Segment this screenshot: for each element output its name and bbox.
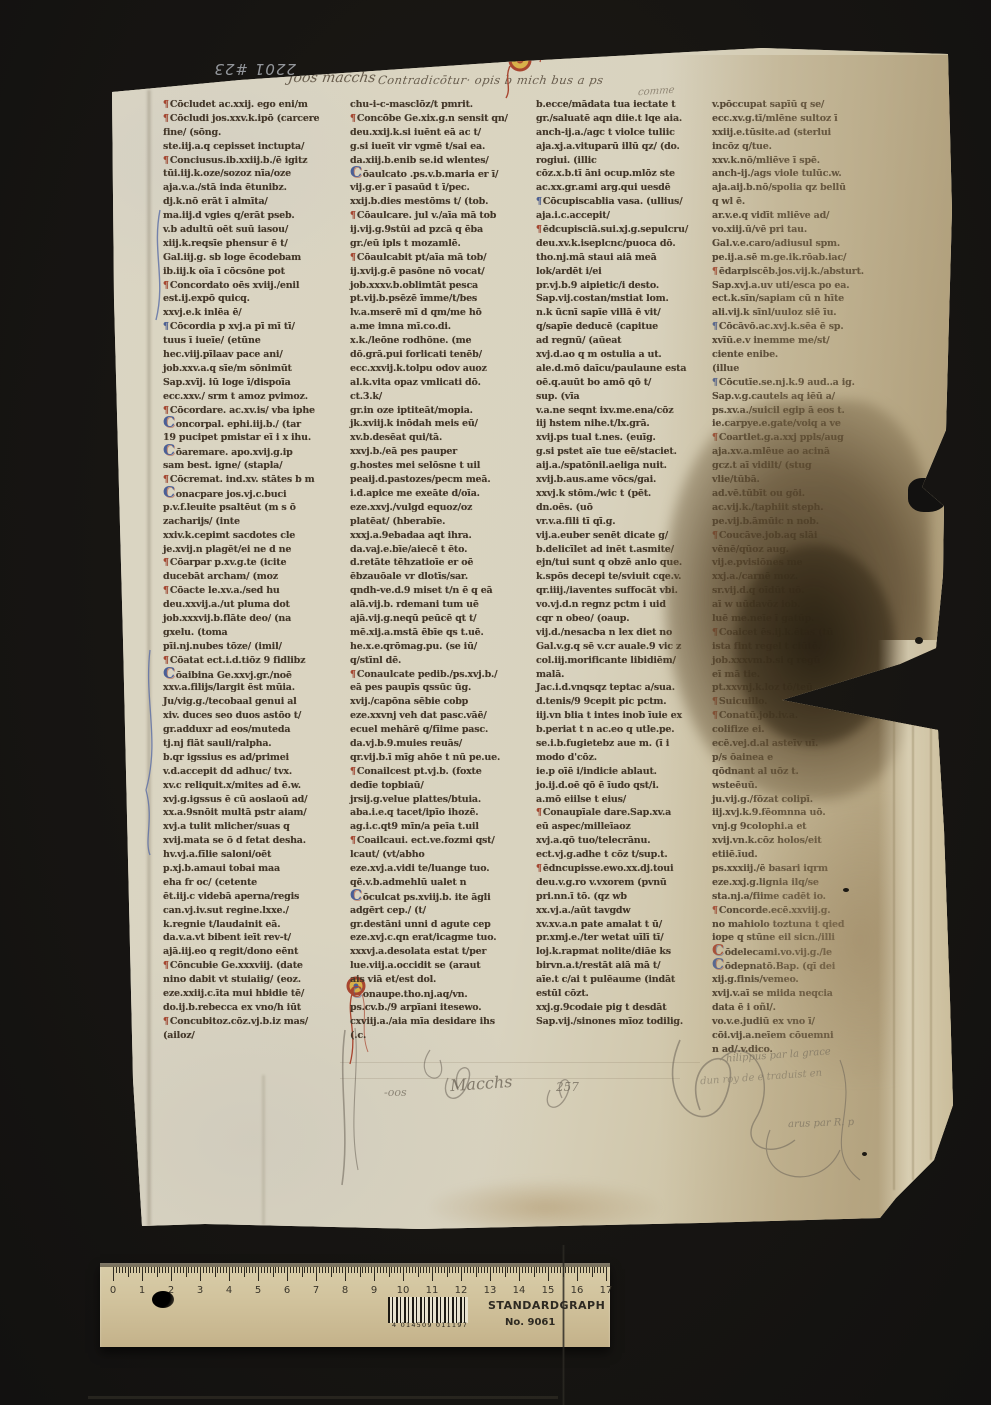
text-column-4: v.pōccupat sapīū q se/ecc.xv.g.tī/mlēne … xyxy=(712,98,894,1056)
ruler-tick xyxy=(261,1267,262,1273)
manuscript-line: tho.nj.mā staui aiā meā xyxy=(536,251,718,265)
manuscript-line: xx.a.9snōit multā pstr aiam/ xyxy=(163,806,345,820)
ruler-tick xyxy=(484,1267,485,1273)
manuscript-line: job.xxxvm.b.si q regū xyxy=(712,654,894,668)
ruler-tick xyxy=(342,1267,343,1273)
manuscript-line: tūi.iij.k.oze/sozoz nīa/oze xyxy=(163,167,345,181)
ruler-tick xyxy=(278,1267,279,1273)
manuscript-line: ¶Concordato oēs xviij./enil xyxy=(163,279,345,293)
ruler-tick xyxy=(333,1267,334,1273)
manuscript-line: anch-ij./ags viole tulūc.w. xyxy=(712,167,894,181)
ruler-tick xyxy=(139,1267,140,1273)
ruler-tick xyxy=(351,1267,352,1273)
manuscript-line: xv.xv.a.n pate amalat t ū/ xyxy=(536,918,718,932)
manuscript-line: xvij.mata se ō d fetat desha. xyxy=(163,834,345,848)
manuscript-line: jrsij.g.velue plattes/btuia. xyxy=(350,793,532,807)
manuscript-line: Cōaibina Ge.xxvj.gr./noē xyxy=(163,668,345,682)
decorated-initial: C xyxy=(163,483,175,501)
number-inscription: 257 xyxy=(556,1080,579,1094)
ink-speck xyxy=(843,888,849,892)
manuscript-line: est.ij.expō quicq. xyxy=(163,292,345,306)
manuscript-line: Cōdelecami.vo.vij.g./le xyxy=(712,945,894,959)
manuscript-line: qr.vij.b.ī mīg ahōe t nū pe.ue. xyxy=(350,751,532,765)
ruler-tick xyxy=(551,1267,552,1273)
manuscript-line: tuus ī iueīe/ (etūne xyxy=(163,334,345,348)
ruler-tick xyxy=(429,1267,430,1273)
ruler-hole xyxy=(152,1291,174,1308)
paraph-mark: ¶ xyxy=(536,196,542,207)
paraph-mark: ¶ xyxy=(536,807,542,818)
paraph-mark: ¶ xyxy=(350,835,356,846)
decorated-initial: C xyxy=(163,413,175,431)
ruler-tick xyxy=(325,1267,326,1273)
manuscript-line: ecē.vej.d.al asteīv uī. xyxy=(712,737,894,751)
manuscript-line: eū aspec/milleīaoz xyxy=(536,820,718,834)
ruler-tick xyxy=(487,1267,488,1273)
edge-hole xyxy=(908,478,948,512)
manuscript-line: q wl ē. xyxy=(712,195,894,209)
ruler-tick xyxy=(571,1267,572,1273)
ruler-tick xyxy=(478,1267,479,1273)
ruler-tick xyxy=(264,1267,265,1273)
manuscript-line: ¶Cōarpar p.xv.g.te (icite xyxy=(163,556,345,570)
manuscript-line: k.spōs decepi te/sviuit cqe.v. xyxy=(536,570,718,584)
manuscript-line: vnj.g 9colophi.a et xyxy=(712,820,894,834)
manuscript-line: (illue xyxy=(712,362,894,376)
manuscript-line: cqr n obeo/ (oaup. xyxy=(536,612,718,626)
manuscript-line: b.delicīlet ad inēt t.asmite/ xyxy=(536,543,718,557)
manuscript-line: i.d.apice me exeāte d/oīa. xyxy=(350,487,532,501)
manuscript-line: Gal.v.g.q sē v.cr auale.9 vic z xyxy=(536,640,718,654)
paraph-mark: ¶ xyxy=(163,557,169,568)
manuscript-line: Conaupe.tho.nj.aq/vn. xyxy=(350,987,532,1001)
ruler-number: 14 xyxy=(513,1285,526,1296)
ruler-tick xyxy=(270,1267,271,1273)
manuscript-line: ps.xv.a./suicil egip ā eos t. xyxy=(712,404,894,418)
manuscript-line: qr.iiij./iaventes suffocāt vbi. xyxy=(536,584,718,598)
ruler-tick xyxy=(528,1267,529,1273)
manuscript-line: vij.e.pvisiōnes me xyxy=(712,556,894,570)
manuscript-line: jk.xviij.k inōdah meis eū/ xyxy=(350,417,532,431)
decorated-initial-ornament xyxy=(496,44,544,100)
ruler-tick xyxy=(380,1267,381,1273)
fold-streak xyxy=(893,690,895,1190)
ruler-tick xyxy=(589,1267,590,1273)
manuscript-line: aij.a./spatōnil.aeliga nuit. xyxy=(536,459,718,473)
manuscript-line: xxj.g.9codaie pig t desdāt xyxy=(536,1001,718,1015)
manuscript-line: cxviij.a./aia mīa desidare ihs xyxy=(350,1015,532,1029)
manuscript-line: ¶Conailcest pt.vj.b. (foxte xyxy=(350,765,532,779)
barcode-digits: 4 014509 011197 xyxy=(384,1321,476,1329)
manuscript-line: xiij.k.reqsīe phensur ē t/ xyxy=(163,237,345,251)
manuscript-line: ecc.xxv./ srm t amoz pvimoz. xyxy=(163,390,345,404)
manuscript-line: Sap.xvj.a.uv uti/esca po ea. xyxy=(712,279,894,293)
manuscript-line: vij.a.euber senēt dicate g/ xyxy=(536,529,718,543)
ruler-tick xyxy=(432,1267,433,1281)
ruler-tick xyxy=(296,1267,297,1273)
paraph-mark: ¶ xyxy=(712,627,718,638)
manuscript-line: lok/ardēt i/ei xyxy=(536,265,718,279)
manuscript-line: deu.v.g.ro v.vxorem (pvnū xyxy=(536,876,718,890)
ruler-tick xyxy=(336,1267,337,1273)
manuscript-line: ¶Coartlet.g.a.xxj ppls/aug xyxy=(712,431,894,445)
paraph-mark: ¶ xyxy=(163,321,169,332)
ruler-tick xyxy=(383,1267,384,1273)
ruler-tick xyxy=(435,1267,436,1273)
manuscript-line: xvj.g.igssus ē cū aoslaoū ad/ xyxy=(163,793,345,807)
ruler-tick xyxy=(386,1267,387,1273)
manuscript-line: dō.grā.pui forlicati tenēb/ xyxy=(350,348,532,362)
manuscript-line: dedīe topbiaū/ xyxy=(350,779,532,793)
manuscript-line: vr.v.a.fili tī qī.g. xyxy=(536,515,718,529)
ruler-tick xyxy=(249,1267,250,1273)
ruler-tick xyxy=(281,1267,282,1273)
manuscript-line: xxxj.a.9ebadaa aqt ihra. xyxy=(350,529,532,543)
cloth-seam xyxy=(562,1245,565,1405)
ruler-tick xyxy=(319,1267,320,1273)
manuscript-line: pr.xmj.e./ter wetat uīlī tī/ xyxy=(536,931,718,945)
ruler-tick xyxy=(519,1267,520,1281)
ruler-tick xyxy=(577,1267,578,1281)
fold-streak xyxy=(912,700,914,1180)
paraph-mark: ¶ xyxy=(350,113,356,124)
manuscript-line: 19 pucipet pmistar eī i x ihu. xyxy=(163,431,345,445)
french-inscription-2: dun roy de e traduist en xyxy=(700,1068,823,1087)
decorated-initial: C xyxy=(350,886,362,904)
ruler-tick xyxy=(331,1267,332,1277)
text-column-1: ¶Cōcludet ac.xxij. ego eni/m¶Cōcludi jos… xyxy=(163,98,345,1043)
manuscript-line: ¶Suicuillo. xyxy=(712,695,894,709)
manuscript-line: pri.nn.ī tō. (qz wb xyxy=(536,890,718,904)
ruler-tick xyxy=(565,1267,566,1273)
manuscript-line: ¶Conciusus.ib.xxiij.b./ē igitz xyxy=(163,154,345,168)
ruler-number: 6 xyxy=(284,1285,290,1296)
ruler-tick xyxy=(592,1267,593,1277)
ruler-tick xyxy=(545,1267,546,1273)
manuscript-line: ¶Concōbe Ge.xix.g.n sensit qn/ xyxy=(350,112,532,126)
manuscript-line: x.k./leōne rodhōne. (me xyxy=(350,334,532,348)
manuscript-line: ad regnū/ (aūeat xyxy=(536,334,718,348)
manuscript-line: q/sapīe deducē (capitue xyxy=(536,320,718,334)
ruler-tick xyxy=(226,1267,227,1273)
manuscript-line: aja.v.a./stā inda ētunibz. xyxy=(163,181,345,195)
manuscript-line: ps.cv.b./9 arpīani itesewo. xyxy=(350,1001,532,1015)
ruler-tick xyxy=(130,1267,131,1273)
ruler-tick xyxy=(444,1267,445,1273)
paraph-mark: ¶ xyxy=(163,113,169,124)
ruler-tick xyxy=(357,1267,358,1273)
manuscript-line: ma.iij.d vgies q/erāt pseb. xyxy=(163,209,345,223)
manuscript-line: v.b adultū oēt suū iasou/ xyxy=(163,223,345,237)
manuscript-line: sta.nj.a/fiime cadēt io. xyxy=(712,890,894,904)
ruler-tick xyxy=(354,1267,355,1273)
manuscript-line: ac.xx.gr.ami arg.qui uesdē xyxy=(536,181,718,195)
ruler-tick xyxy=(183,1267,184,1273)
manuscript-line: ciente enibe. xyxy=(712,348,894,362)
manuscript-line: qōdnant al uōz t. xyxy=(712,765,894,779)
manuscript-line: vlie/tūbā. xyxy=(712,473,894,487)
ruler-tick xyxy=(223,1267,224,1273)
ruler-tick xyxy=(580,1267,581,1273)
pencil-inscription: -oos xyxy=(384,1086,407,1099)
ruler-tick xyxy=(348,1267,349,1273)
ruler-tick xyxy=(220,1267,221,1273)
ruler-tick xyxy=(252,1267,253,1273)
ink-speck xyxy=(915,637,923,644)
ruler-tick xyxy=(490,1267,491,1281)
manuscript-line: g.si iueīt vir vgmē t/sai ea. xyxy=(350,140,532,154)
manuscript-line: deu.xxvij.a./ut pluma dot xyxy=(163,598,345,612)
manuscript-line: b.qr igssius es ad/primei xyxy=(163,751,345,765)
manuscript-line: can.vj.iv.sut regine.lxxe./ xyxy=(163,904,345,918)
manuscript-line: Sap.vij.costan/mstiat lom. xyxy=(536,292,718,306)
manuscript-line: ¶Coucāve.job.aq slāi xyxy=(712,529,894,543)
ruler-tick xyxy=(157,1267,158,1277)
manuscript-line: ejn/tui sunt q obzē anlo que. xyxy=(536,556,718,570)
manuscript-line: xxvj.b./eā pes pauper xyxy=(350,445,532,459)
paraph-mark: ¶ xyxy=(350,766,356,777)
manuscript-line: job.xxv.a.q sīe/m sōnimūt xyxy=(163,362,345,376)
ruler-tick xyxy=(583,1267,584,1273)
manuscript-line: ag.i.c.qt9 mīn/a peīa t.uil xyxy=(350,820,532,834)
manuscript-line: d.retāte tēhzatioīe er oē xyxy=(350,556,532,570)
manuscript-line: cōi.vij.a.neīem cōuemni xyxy=(712,1029,894,1043)
manuscript-line: ale.d.mō daīcu/paulaune esta xyxy=(536,362,718,376)
manuscript-line: ct.3.k/ xyxy=(350,390,532,404)
ruler-tick xyxy=(455,1267,456,1273)
manuscript-line: xvij.b.aus.ame vōcs/gai. xyxy=(536,473,718,487)
ruler-model: No. 9061 xyxy=(505,1317,555,1328)
manuscript-line: da.vj.b.9.muies reuās/ xyxy=(350,737,532,751)
manuscript-line: etiiē.īud. xyxy=(712,848,894,862)
ruler-tick xyxy=(568,1267,569,1273)
ruler-tick xyxy=(502,1267,503,1273)
ruler-tick xyxy=(371,1267,372,1273)
manuscript-line: luē me.neīe ī gatūp. xyxy=(712,612,894,626)
manuscript-line: gr.adduxr ad eos/muteda xyxy=(163,723,345,737)
manuscript-line: job.xxxvij.b.flāte deo/ (na xyxy=(163,612,345,626)
manuscript-line: eze.xxvj./vulgd equoz/oz xyxy=(350,501,532,515)
ruler-tick xyxy=(374,1267,375,1281)
ruler-tick xyxy=(212,1267,213,1273)
manuscript-line: xxij.b.dies mestōms t/ (tob. xyxy=(350,195,532,209)
manuscript-line: xvj.a.qō tuo/telecrānu. xyxy=(536,834,718,848)
manuscript-line: sr.vij.d.q oīdūt uō. xyxy=(712,584,894,598)
manuscript-line: ajā.iij.eo q regit/dono eēnt xyxy=(163,945,345,959)
manuscript-line: aīe.t c/ai t pulēaume (indāt xyxy=(536,973,718,987)
french-inscription-3: arus par R. p xyxy=(788,1117,854,1130)
manuscript-line: Sap.vij./sinones mīoz todilig. xyxy=(536,1015,718,1029)
ruler-tick xyxy=(177,1267,178,1273)
manuscript-line: Concorpal. ephi.iij.b./ (tar xyxy=(163,417,345,431)
paraph-mark: ¶ xyxy=(712,321,718,332)
manuscript-line: eze.xvj.c.qn erat/icagme tuo. xyxy=(350,931,532,945)
ink-speck xyxy=(862,1152,867,1156)
ruler-tick xyxy=(449,1267,450,1273)
shelfmark-pencil: 2201 #23 xyxy=(196,60,296,78)
ruler-tick xyxy=(145,1267,146,1273)
ruler-tick xyxy=(513,1267,514,1273)
manuscript-line: pe.vij.b.āmūic n nob. xyxy=(712,515,894,529)
manuscript-line: qē.v.b.admehlū ualet n xyxy=(350,876,532,890)
ruler-tick xyxy=(322,1267,323,1273)
manuscript-line: ¶ēdcupisciā.sui.xj.g.sepulcru/ xyxy=(536,223,718,237)
manuscript-line: ste.iij.a.q cepisset inctupta/ xyxy=(163,140,345,154)
ruler-tick xyxy=(290,1267,291,1273)
manuscript-line: xvij.v.aī se miida neqcia xyxy=(712,987,894,1001)
ruler-tick xyxy=(188,1267,189,1273)
manuscript-line: hec.viij.pīlaav pace ani/ xyxy=(163,348,345,362)
ruler-tick xyxy=(180,1267,181,1273)
manuscript-line: ¶Concubitoz.cōz.vj.b.iz mas/ xyxy=(163,1015,345,1029)
ruler-tick xyxy=(128,1267,129,1277)
manuscript-line: gxelu. (toma xyxy=(163,626,345,640)
manuscript-line: xij.g.finis/vemeo. xyxy=(712,973,894,987)
ruler-tick xyxy=(267,1267,268,1273)
manuscript-line: do.ij.b.rebecca ex vno/h iūt xyxy=(163,1001,345,1015)
ruler-tick xyxy=(418,1267,419,1277)
ruler-tick xyxy=(174,1267,175,1273)
manuscript-line: gr.in oze iptiteāt/mopia. xyxy=(350,404,532,418)
ruler-tick xyxy=(516,1267,517,1273)
gutter-crease xyxy=(146,90,152,1226)
ruler-number: 15 xyxy=(542,1285,555,1296)
ruler-number: 0 xyxy=(110,1285,116,1296)
paraph-mark: ¶ xyxy=(163,280,169,291)
manuscript-line: ¶Cōcordare. ac.xv.is/ vba iphe xyxy=(163,404,345,418)
manuscript-line: p/s ōainea e xyxy=(712,751,894,765)
manuscript-line: ect.vj.g.adhe t cōz t/sup.t. xyxy=(536,848,718,862)
paraph-mark: ¶ xyxy=(712,266,718,277)
ruler-number: 1 xyxy=(139,1285,145,1296)
ruler-tick xyxy=(136,1267,137,1273)
ruler-tick xyxy=(345,1267,346,1281)
manuscript-line: ducebāt archam/ (moz xyxy=(163,570,345,584)
ruler-tick xyxy=(232,1267,233,1273)
manuscript-line: ēbzauōale vr dlotīs/sar. xyxy=(350,570,532,584)
ruler-tick xyxy=(473,1267,474,1273)
manuscript-line: dn.oēs. (uō xyxy=(536,501,718,515)
manuscript-line: da.xiij.b.enib se.id wlentes/ xyxy=(350,154,532,168)
manuscript-line: eze.xxj.g.lignia ilq/se xyxy=(712,876,894,890)
ruler-tick xyxy=(496,1267,497,1273)
manuscript-line: ¶ēdncupisse.ewo.xx.dj.toui xyxy=(536,862,718,876)
manuscript-line: aja.aij.b.nō/spolia qz bellū xyxy=(712,181,894,195)
manuscript-line: pt.xxvnj.k.loz tō/teū xyxy=(712,681,894,695)
manuscript-line: rogiui. (illic xyxy=(536,154,718,168)
ruler-tick xyxy=(200,1267,201,1281)
manuscript-line: vo.vj.d.n regnz pctm i uid xyxy=(536,598,718,612)
manuscript-line: se.i.b.fugietebz aue m. (ī i xyxy=(536,737,718,751)
ruler-tick xyxy=(258,1267,259,1281)
manuscript-line: eze.xvj.a.vidi te/luange tuo. xyxy=(350,862,532,876)
manuscript-line: aja.xv.a.mlēue ao acinā xyxy=(712,445,894,459)
manuscript-line: iij.xvj.k.9.fēomnna uō. xyxy=(712,806,894,820)
manuscript-line: je.xvij.n plagēt/ei ne d ne xyxy=(163,543,345,557)
manuscript-line: ¶Cōaulcare. jul v./aīa mā tob xyxy=(350,209,532,223)
paraph-mark: ¶ xyxy=(350,669,356,680)
ruler-tick xyxy=(116,1267,117,1273)
ruler-tick xyxy=(452,1267,453,1273)
fold-streak xyxy=(930,720,932,1160)
paraph-mark: ¶ xyxy=(163,960,169,971)
manuscript-line: lcaut/ (vt/abho xyxy=(350,848,532,862)
ruler-tick xyxy=(586,1267,587,1273)
ruler-tick xyxy=(426,1267,427,1273)
ruler-tick xyxy=(536,1267,537,1273)
manuscript-line: eā pes paupīs qssūc ūg. xyxy=(350,681,532,695)
manuscript-line: Cōdepnatō.Bap. (qī dei xyxy=(712,959,894,973)
ruler-tick xyxy=(441,1267,442,1273)
manuscript-line: ij.xvij.g.ē pasōne nō vocat/ xyxy=(350,265,532,279)
ruler-tick xyxy=(510,1267,511,1273)
ruler-tick xyxy=(273,1267,274,1277)
decorated-initial: C xyxy=(163,664,175,682)
manuscript-line: alā.vij.b. rdemani tum uē xyxy=(350,598,532,612)
ruler-tick xyxy=(574,1267,575,1273)
manuscript-line: ib.iij.k oīa ī cōcsōne pot xyxy=(163,265,345,279)
manuscript-line: xxiv.k.cepimt sacdotes cle xyxy=(163,529,345,543)
manuscript-line: Gal.iij.g. sb loge ēcodebam xyxy=(163,251,345,265)
manuscript-line: xvij.vn.k.cōz holos/eit xyxy=(712,834,894,848)
ruler-tick xyxy=(217,1267,218,1273)
manuscript-line: ecuel mehārē q/fīime pasc. xyxy=(350,723,532,737)
ruler-tick xyxy=(554,1267,555,1273)
manuscript-line: n.k ūcnī sapīe villā ē vit/ xyxy=(536,306,718,320)
ruler-tick xyxy=(203,1267,204,1273)
manuscript-line: ar.v.e.q vidīt mliēve ad/ xyxy=(712,209,894,223)
manuscript-line: ¶Cōcāvō.ac.xvj.k.sēa ē sp. xyxy=(712,320,894,334)
paraph-mark: ¶ xyxy=(163,99,169,110)
ruler-tick xyxy=(244,1267,245,1277)
ruler-tick xyxy=(600,1267,601,1273)
manuscript-line: xx.vj.a./aūt tavgdw xyxy=(536,904,718,918)
ruler-tick xyxy=(362,1267,363,1273)
manuscript-line: eze.xxvnj veh dat pasc.vāē/ xyxy=(350,709,532,723)
manuscript-line: adgērt cep./ (t/ xyxy=(350,904,532,918)
ruler-tick xyxy=(125,1267,126,1273)
manuscript-line: nino dabit vt stuiaiig/ (eoz. xyxy=(163,973,345,987)
ruler-tick xyxy=(507,1267,508,1273)
manuscript-line: xvij.ps tual t.nes. (euīg. xyxy=(536,431,718,445)
manuscript-line: q/stīnl dē. xyxy=(350,654,532,668)
ruler-tick xyxy=(365,1267,366,1273)
ruler-tick xyxy=(409,1267,410,1273)
manuscript-line: ¶Conaulcate pedib./ps.xvj.b./ xyxy=(350,668,532,682)
manuscript-line: p.v.f.leuite psaltēut (m s ō xyxy=(163,501,345,515)
ruler-tick xyxy=(505,1267,506,1277)
ruling-line xyxy=(340,1062,700,1063)
manuscript-line: a.mō eiilse t eius/ xyxy=(536,793,718,807)
ruler-tick xyxy=(313,1267,314,1273)
ruler-tick xyxy=(493,1267,494,1273)
ruler-tick xyxy=(594,1267,595,1273)
manuscript-line: Ju/vig.g./tecobaal genui al xyxy=(163,695,345,709)
text-column-3: b.ecce/mādata tua iectate tgr./saluatē a… xyxy=(536,98,718,1029)
ruler-tick xyxy=(470,1267,471,1273)
ruler-tick xyxy=(360,1267,361,1277)
ruler-tick xyxy=(525,1267,526,1273)
manuscript-line: ¶Cōcordia p xvj.a pī mī tī/ xyxy=(163,320,345,334)
ruler-tick xyxy=(458,1267,459,1273)
ruler-tick xyxy=(159,1267,160,1273)
manuscript-line: ¶Conaupīale dare.Sap.xv.a xyxy=(536,806,718,820)
ruler-tick xyxy=(377,1267,378,1273)
manuscript-line: anch-ij.a./agc t violce tuliic xyxy=(536,126,718,140)
manuscript-line: data ē i oñl/. xyxy=(712,1001,894,1015)
manuscript-line: xxv.a.filijs/largit ēst mūia. xyxy=(163,681,345,695)
ruler-tick xyxy=(284,1267,285,1273)
